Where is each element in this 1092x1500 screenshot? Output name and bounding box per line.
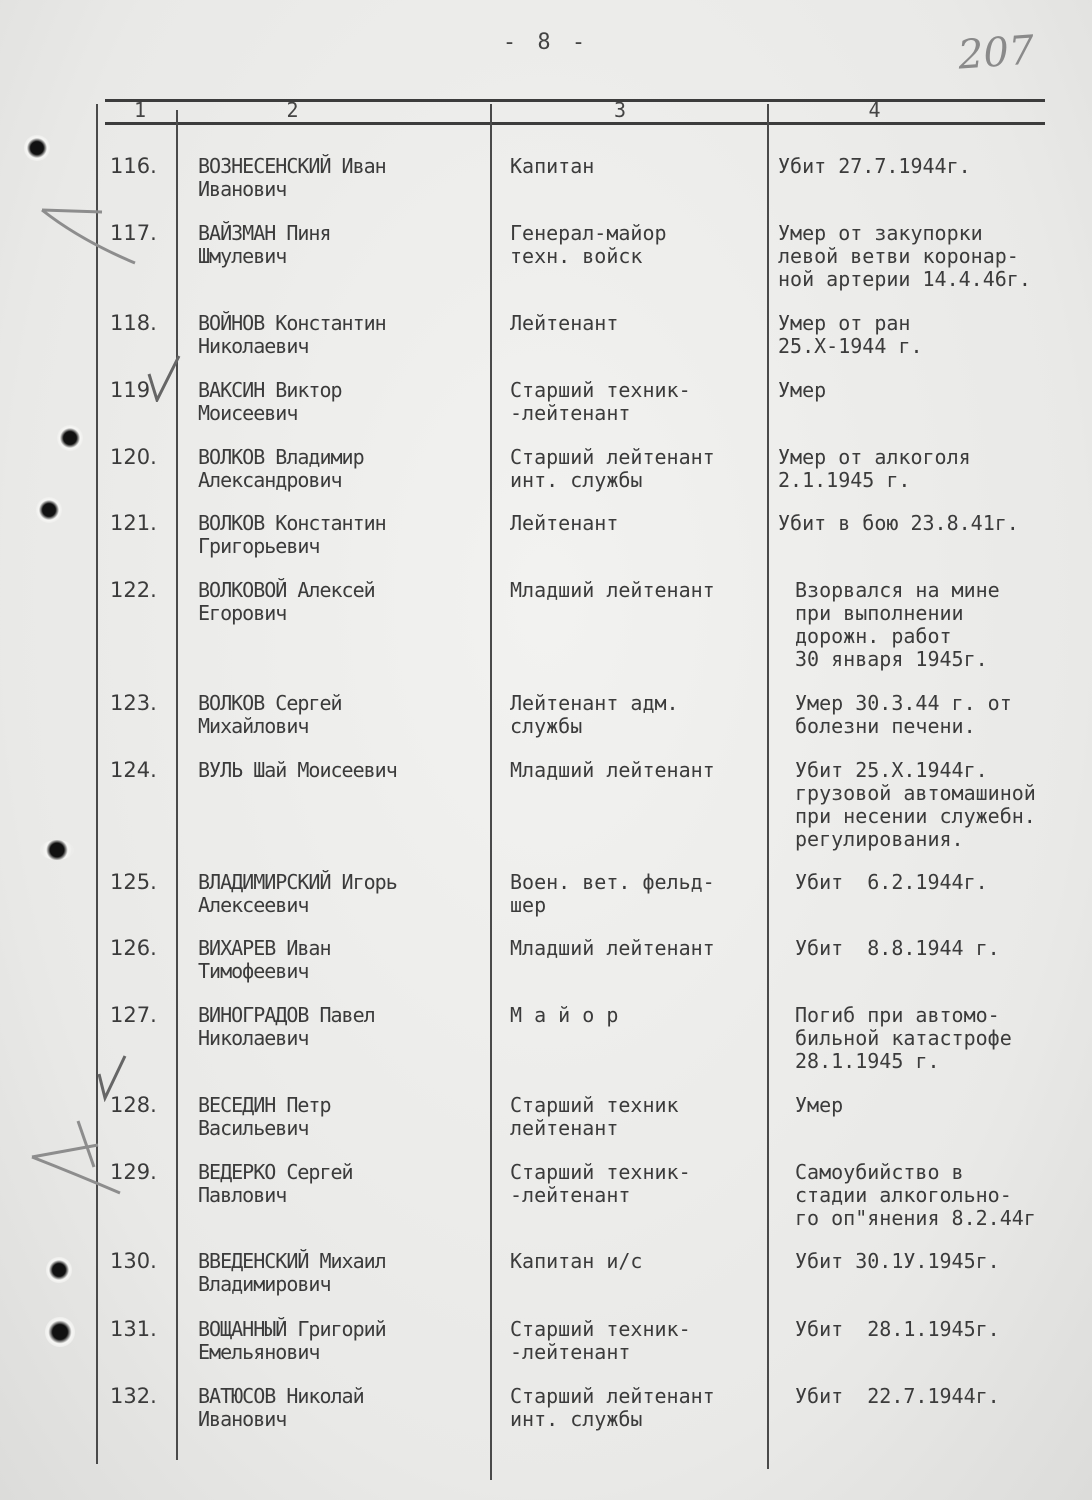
death-note: Убит 27.7.1944г. xyxy=(778,155,1092,178)
row-number: 130. xyxy=(110,1250,170,1273)
person-name: ВВЕДЕНСКИЙ Михаил Владимирович xyxy=(198,1250,488,1296)
military-rank: Старший техник лейтенант xyxy=(510,1094,765,1140)
person-name: ВОЛКОВ Константин Григорьевич xyxy=(198,512,488,558)
death-note: Умер от алкоголя 2.1.1945 г. xyxy=(778,446,1092,492)
row-number: 126. xyxy=(110,937,170,960)
death-note: Погиб при автомо- бильной катастрофе 28.… xyxy=(795,1004,1092,1073)
row-number: 118. xyxy=(110,312,170,335)
person-name: ВАКСИН Виктор Моисеевич xyxy=(198,379,488,425)
row-number: 117. xyxy=(110,222,170,245)
death-note: Умер xyxy=(778,379,1092,402)
death-note: Убит 8.8.1944 г. xyxy=(795,937,1092,960)
row-number: 124. xyxy=(110,759,170,782)
military-rank: Младший лейтенант xyxy=(510,579,765,602)
death-note: Умер xyxy=(795,1094,1092,1117)
person-name: ВОЛКОВ Владимир Александрович xyxy=(198,446,488,492)
person-name: ВУЛЬ Шай Моисеевич xyxy=(198,759,488,782)
row-number: 131. xyxy=(110,1318,170,1341)
person-name: ВОЛКОВОЙ Алексей Егорович xyxy=(198,579,488,625)
row-number: 125. xyxy=(110,871,170,894)
row-number: 122. xyxy=(110,579,170,602)
military-rank: Младший лейтенант xyxy=(510,937,765,960)
document-page: - 8 - 207 1 2 3 4 116.ВОЗНЕСЕНСКИЙ Иван … xyxy=(0,0,1092,1500)
death-note: Убит 22.7.1944г. xyxy=(795,1385,1092,1408)
row-number: 121. xyxy=(110,512,170,535)
column-divider-1 xyxy=(176,110,178,1460)
death-note: Умер от ран 25.Х-1944 г. xyxy=(778,312,1092,358)
military-rank: Капитан и/с xyxy=(510,1250,765,1273)
person-name: ВИХАРЕВ Иван Тимофеевич xyxy=(198,937,488,983)
person-name: ВОЙНОВ Константин Николаевич xyxy=(198,312,488,358)
page-number: - 8 - xyxy=(0,30,1092,55)
row-number: 123. xyxy=(110,692,170,715)
person-name: ВАЙЗМАН Пиня Шмулевич xyxy=(198,222,488,268)
military-rank: Старший техник- -лейтенант xyxy=(510,1318,765,1364)
military-rank: Воен. вет. фельд- шер xyxy=(510,871,765,917)
punch-hole xyxy=(46,1257,72,1283)
death-note: Умер от закупорки левой ветви коронар- н… xyxy=(778,222,1092,291)
punch-hole xyxy=(45,1317,75,1347)
column-divider-left xyxy=(96,104,98,1464)
punch-hole xyxy=(40,840,74,860)
death-note: Самоубийство в стадии алкогольно- го оп"… xyxy=(795,1161,1092,1230)
death-note: Убит 28.1.1945г. xyxy=(795,1318,1092,1341)
row-number: 127. xyxy=(110,1004,170,1027)
column-divider-3 xyxy=(767,104,769,1469)
punch-hole xyxy=(36,497,62,523)
military-rank: Старший техник- -лейтенант xyxy=(510,1161,765,1207)
table-header-bottom-rule xyxy=(105,122,1045,125)
row-number: 129. xyxy=(110,1161,170,1184)
punch-hole xyxy=(24,135,50,161)
military-rank: Генерал-майор техн. войск xyxy=(510,222,765,268)
death-note: Убит 6.2.1944г. xyxy=(795,871,1092,894)
row-number: 120. xyxy=(110,446,170,469)
death-note: Взорвался на мине при выполнении дорожн.… xyxy=(795,579,1092,671)
military-rank: Лейтенант xyxy=(510,312,765,335)
military-rank: Старший лейтенант инт. службы xyxy=(510,446,765,492)
person-name: ВЛАДИМИРСКИЙ Игорь Алексеевич xyxy=(198,871,488,917)
military-rank: Старший лейтенант инт. службы xyxy=(510,1385,765,1431)
row-number: 116. xyxy=(110,155,170,178)
person-name: ВАТЮСОВ Николай Иванович xyxy=(198,1385,488,1431)
military-rank: Лейтенант xyxy=(510,512,765,535)
military-rank: Младший лейтенант xyxy=(510,759,765,782)
row-number: 128. xyxy=(110,1094,170,1117)
person-name: ВЕДЕРКО Сергей Павлович xyxy=(198,1161,488,1207)
military-rank: М а й о р xyxy=(510,1004,765,1027)
column-header-2: 2 xyxy=(180,98,405,122)
death-note: Умер 30.3.44 г. от болезни печени. xyxy=(795,692,1092,738)
column-header-4: 4 xyxy=(767,98,982,122)
death-note: Убит 30.1У.1945г. xyxy=(795,1250,1092,1273)
column-header-1: 1 xyxy=(110,98,170,122)
person-name: ВЕСЕДИН Петр Васильевич xyxy=(198,1094,488,1140)
person-name: ВОЩАННЫЙ Григорий Емельянович xyxy=(198,1318,488,1364)
row-number: 132. xyxy=(110,1385,170,1408)
military-rank: Старший техник- -лейтенант xyxy=(510,379,765,425)
column-divider-2 xyxy=(490,104,492,1480)
military-rank: Лейтенант адм. службы xyxy=(510,692,765,738)
person-name: ВИНОГРАДОВ Павел Николаевич xyxy=(198,1004,488,1050)
person-name: ВОЗНЕСЕНСКИЙ Иван Иванович xyxy=(198,155,488,201)
punch-hole xyxy=(57,425,83,451)
column-header-3: 3 xyxy=(490,98,750,122)
archive-page-number-handwritten: 207 xyxy=(956,27,1035,78)
military-rank: Капитан xyxy=(510,155,765,178)
death-note: Убит в бою 23.8.41г. xyxy=(778,512,1092,535)
death-note: Убит 25.Х.1944г. грузовой автомашиной пр… xyxy=(795,759,1092,851)
person-name: ВОЛКОВ Сергей Михайлович xyxy=(198,692,488,738)
row-number: 119 xyxy=(110,379,170,402)
